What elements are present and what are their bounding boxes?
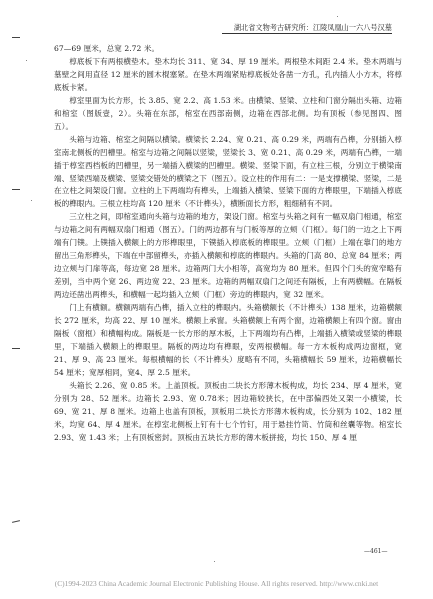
paragraph-doors: 三立柱之间，即棺室通向头箱与边箱的地方，架设门窗。棺室与头箱之间有一幅双扇门相通… [54, 211, 402, 302]
scan-speck [214, 561, 215, 562]
page-number: —461— [364, 548, 387, 555]
scan-speck [31, 200, 32, 201]
paragraph-beams-pillars: 头箱与边箱、棺室之间隔以横梁。横梁长 2.24、宽 0.21、高 0.29 米，… [54, 134, 402, 212]
running-header: 湖北省文物考古研究所：江陵凤凰山一六八号汉墓 [222, 23, 392, 34]
paragraph-underfloor-beams: 椁底板下有两根横垫木。垫木均长 311、宽 34、厚 19 厘米。两根垫木间距 … [54, 56, 402, 95]
paragraph-compartments: 头箱长 2.26、宽 0.85 米。上盖顶板。顶板由二块长方形薄木板构成，均长 … [54, 380, 402, 445]
scan-speck [337, 16, 338, 17]
margin-mark [12, 37, 20, 38]
article-body: 67—69 厘米，总宽 2.72 米。 椁底板下有两根横垫木。垫木均长 311、… [54, 43, 402, 445]
copyright-notice: (C)1994-2023 China Academic Journal Elec… [4, 579, 429, 588]
paragraph-chamber-layout: 椁室里面为长方形，长 3.85、宽 2.2、高 1.53 米。由横梁、竖梁、立柱… [54, 95, 402, 134]
paragraph-continuation: 67—69 厘米，总宽 2.72 米。 [54, 43, 402, 56]
paragraph-lintels-windows: 门上有横额。横额两端有凸榫，插入立柱的榫眼内。头箱横额长（不计榫头）138 厘米… [54, 302, 402, 380]
margin-mark [12, 348, 20, 349]
margin-mark [12, 189, 20, 190]
margin-mark [12, 520, 20, 523]
scan-speck [26, 60, 27, 61]
